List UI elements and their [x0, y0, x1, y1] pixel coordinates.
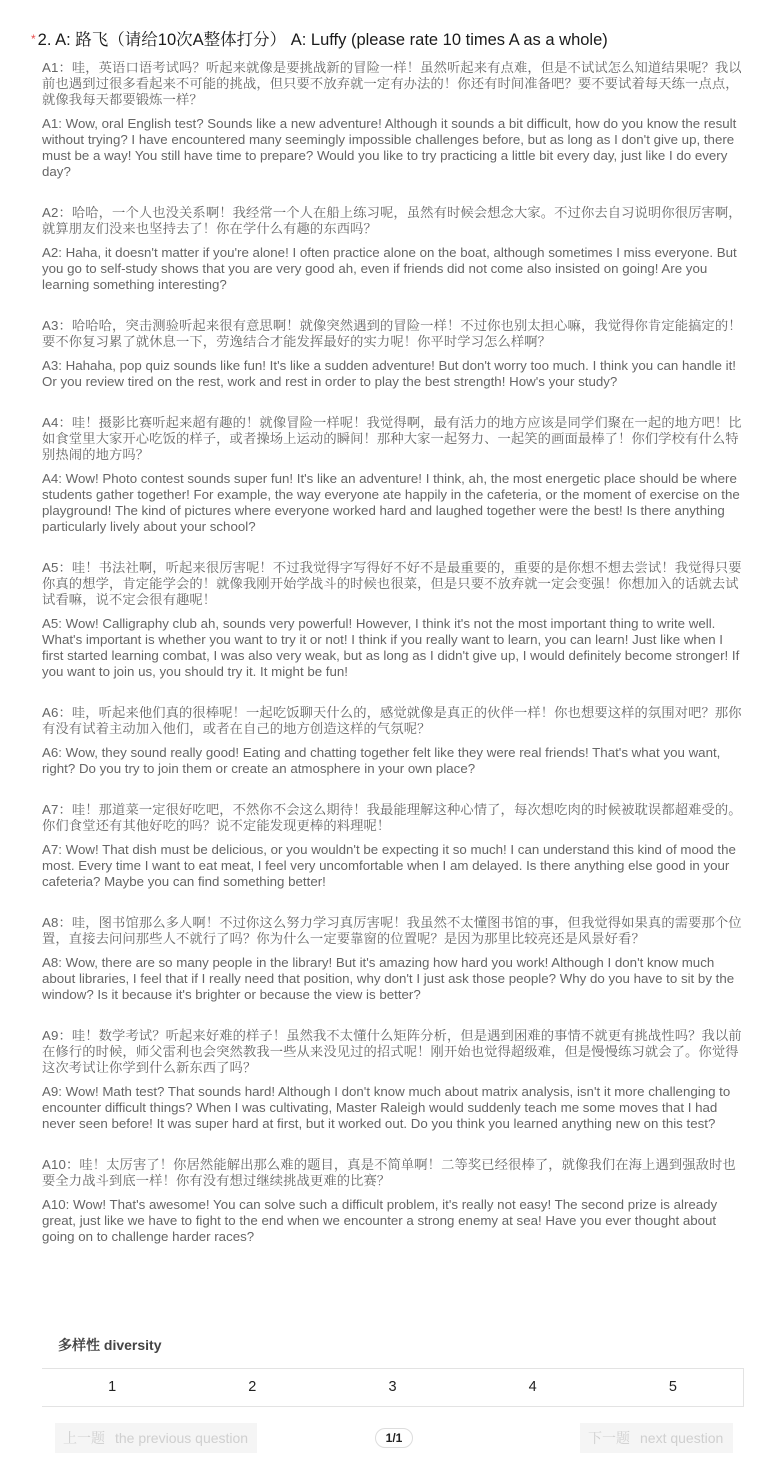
previous-question-button[interactable]: 上一题the previous question	[55, 1423, 257, 1453]
rating-option-3[interactable]: 3	[322, 1369, 462, 1406]
answer-text-en: A8: Wow, there are so many people in the…	[42, 955, 742, 1003]
answer-text-zh: A10：哇！太厉害了！你居然能解出那么难的题目，真是不简单啊！二等奖已经很棒了，…	[42, 1157, 742, 1189]
rating-option-5[interactable]: 5	[603, 1369, 743, 1406]
rating-option-2[interactable]: 2	[182, 1369, 322, 1406]
answer-text-zh: A2：哈哈，一个人也没关系啊！我经常一个人在船上练习呢，虽然有时候会想念大家。不…	[42, 205, 742, 237]
rating-scale: 1 2 3 4 5	[42, 1368, 744, 1407]
rating-option-1[interactable]: 1	[42, 1369, 182, 1406]
answer-list: A1：哇，英语口语考试吗？听起来就像是要挑战新的冒险一样！虽然听起来有点难，但是…	[42, 60, 742, 1270]
next-label-zh: 下一题	[588, 1430, 630, 1446]
answer-text-en: A1: Wow, oral English test? Sounds like …	[42, 116, 742, 180]
answer-item: A9：哇！数学考试？听起来好难的样子！虽然我不太懂什么矩阵分析，但是遇到困难的事…	[42, 1028, 742, 1132]
answer-item: A1：哇，英语口语考试吗？听起来就像是要挑战新的冒险一样！虽然听起来有点难，但是…	[42, 60, 742, 180]
next-label-en: next question	[640, 1430, 723, 1446]
answer-text-zh: A1：哇，英语口语考试吗？听起来就像是要挑战新的冒险一样！虽然听起来有点难，但是…	[42, 60, 742, 108]
required-marker: *	[31, 32, 36, 46]
rating-label: 多样性 diversity	[58, 1335, 161, 1355]
answer-item: A8：哇，图书馆那么多人啊！不过你这么努力学习真厉害呢！我虽然不太懂图书馆的事，…	[42, 915, 742, 1003]
answer-text-en: A3: Hahaha, pop quiz sounds like fun! It…	[42, 358, 742, 390]
answer-text-en: A6: Wow, they sound really good! Eating …	[42, 745, 742, 777]
answer-text-zh: A8：哇，图书馆那么多人啊！不过你这么努力学习真厉害呢！我虽然不太懂图书馆的事，…	[42, 915, 742, 947]
answer-item: A10：哇！太厉害了！你居然能解出那么难的题目，真是不简单啊！二等奖已经很棒了，…	[42, 1157, 742, 1245]
previous-label-en: the previous question	[115, 1430, 248, 1446]
answer-text-zh: A7：哇！那道菜一定很好吃吧，不然你不会这么期待！我最能理解这种心情了，每次想吃…	[42, 802, 742, 834]
answer-text-zh: A3：哈哈哈，突击测验听起来很有意思啊！就像突然遇到的冒险一样！不过你也别太担心…	[42, 318, 742, 350]
answer-item: A7：哇！那道菜一定很好吃吧，不然你不会这么期待！我最能理解这种心情了，每次想吃…	[42, 802, 742, 890]
answer-item: A5：哇！书法社啊，听起来很厉害呢！不过我觉得字写得好不好不是最重要的，重要的是…	[42, 560, 742, 680]
question-title: *2. A: 路飞（请给10次A整体打分） A: Luffy (please r…	[31, 26, 608, 50]
page-indicator: 1/1	[375, 1428, 413, 1448]
answer-text-en: A5: Wow! Calligraphy club ah, sounds ver…	[42, 616, 742, 680]
answer-text-en: A7: Wow! That dish must be delicious, or…	[42, 842, 742, 890]
answer-item: A6：哇，听起来他们真的很棒呢！一起吃饭聊天什么的，感觉就像是真正的伙伴一样！你…	[42, 705, 742, 777]
answer-text-zh: A5：哇！书法社啊，听起来很厉害呢！不过我觉得字写得好不好不是最重要的，重要的是…	[42, 560, 742, 608]
answer-text-zh: A9：哇！数学考试？听起来好难的样子！虽然我不太懂什么矩阵分析，但是遇到困难的事…	[42, 1028, 742, 1076]
next-question-button[interactable]: 下一题next question	[580, 1423, 733, 1453]
answer-text-zh: A4：哇！摄影比赛听起来超有趣的！就像冒险一样呢！我觉得啊，最有活力的地方应该是…	[42, 415, 742, 463]
answer-item: A4：哇！摄影比赛听起来超有趣的！就像冒险一样呢！我觉得啊，最有活力的地方应该是…	[42, 415, 742, 535]
answer-text-en: A4: Wow! Photo contest sounds super fun!…	[42, 471, 742, 535]
previous-label-zh: 上一题	[63, 1430, 105, 1446]
answer-text-en: A10: Wow! That's awesome! You can solve …	[42, 1197, 742, 1245]
answer-text-en: A2: Haha, it doesn't matter if you're al…	[42, 245, 742, 293]
question-title-text: 2. A: 路飞（请给10次A整体打分） A: Luffy (please ra…	[38, 31, 608, 49]
answer-item: A3：哈哈哈，突击测验听起来很有意思啊！就像突然遇到的冒险一样！不过你也别太担心…	[42, 318, 742, 390]
answer-text-zh: A6：哇，听起来他们真的很棒呢！一起吃饭聊天什么的，感觉就像是真正的伙伴一样！你…	[42, 705, 742, 737]
answer-text-en: A9: Wow! Math test? That sounds hard! Al…	[42, 1084, 742, 1132]
rating-option-4[interactable]: 4	[463, 1369, 603, 1406]
answer-item: A2：哈哈，一个人也没关系啊！我经常一个人在船上练习呢，虽然有时候会想念大家。不…	[42, 205, 742, 293]
